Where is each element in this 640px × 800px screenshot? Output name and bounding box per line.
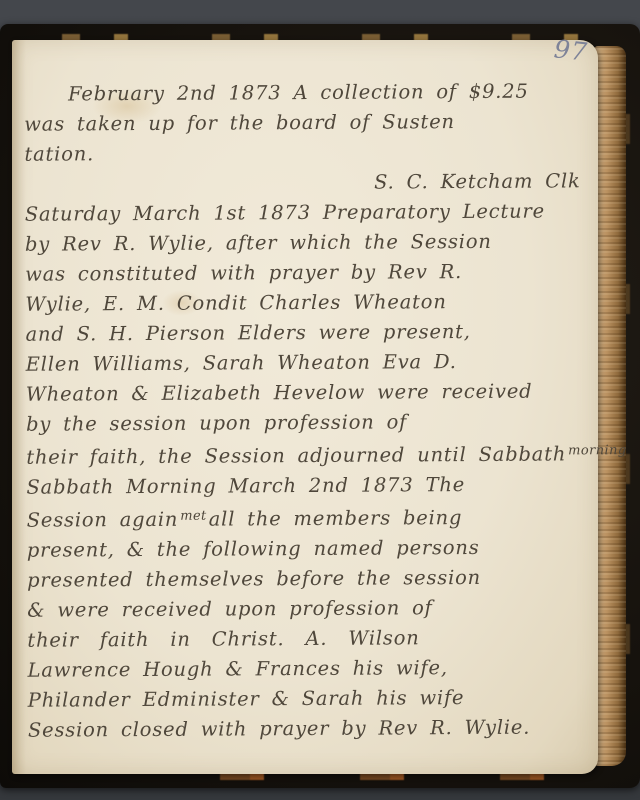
interlinear-insertion: morning (568, 436, 627, 466)
manuscript-line: was constituted with prayer by Rev R. (25, 256, 589, 289)
manuscript-line: Philander Edminister & Sarah his wife (28, 682, 592, 715)
manuscript-line: their faith, the Session adjourned until… (26, 436, 590, 472)
manuscript-line: Lawrence Hough & Frances his wife, (27, 652, 591, 685)
line-text: Session again (27, 508, 179, 532)
manuscript-line: tation. (24, 136, 588, 169)
page-number: 97 (553, 34, 590, 66)
clerk-signature: S. C. Ketcham Clk (25, 166, 589, 199)
cover-worn-bottom-edge (180, 773, 626, 780)
manuscript-line: & were received upon profession of (27, 592, 591, 625)
line-text: their faith, the Session adjourned until… (26, 442, 566, 468)
manuscript-line: Ellen Williams, Sarah Wheaton Eva D. (26, 346, 590, 379)
manuscript-line: present, & the following named persons (27, 532, 591, 565)
manuscript-line: Wylie, E. M. Condit Charles Wheaton (25, 286, 589, 319)
manuscript-page: 97 February 2nd 1873 A collection of $9.… (12, 40, 598, 774)
line-text: all the members being (209, 506, 463, 531)
manuscript-line: by Rev R. Wylie, after which the Session (25, 226, 589, 259)
handwritten-text-block: February 2nd 1873 A collection of $9.25 … (24, 76, 592, 745)
interlinear-insertion: met (180, 502, 207, 532)
manuscript-line: and S. H. Pierson Elders were present, (25, 316, 589, 349)
photo-background: 97 February 2nd 1873 A collection of $9.… (0, 0, 640, 800)
manuscript-line: Saturday March 1st 1873 Preparatory Lect… (25, 196, 589, 229)
page-block-fore-edge (594, 46, 626, 766)
manuscript-line: their faith in Christ. A. Wilson (27, 622, 591, 655)
manuscript-line: Session againmetall the members being (27, 499, 591, 535)
manuscript-line: by the session upon profession of (26, 406, 590, 439)
manuscript-line: presented themselves before the session (27, 562, 591, 595)
manuscript-line: February 2nd 1873 A collection of $9.25 (24, 76, 588, 109)
manuscript-line: was taken up for the board of Susten (24, 106, 588, 139)
manuscript-line: Sabbath Morning March 2nd 1873 The (26, 469, 590, 502)
manuscript-line: Wheaton & Elizabeth Hevelow were receive… (26, 376, 590, 409)
manuscript-line: Session closed with prayer by Rev R. Wyl… (28, 712, 592, 745)
